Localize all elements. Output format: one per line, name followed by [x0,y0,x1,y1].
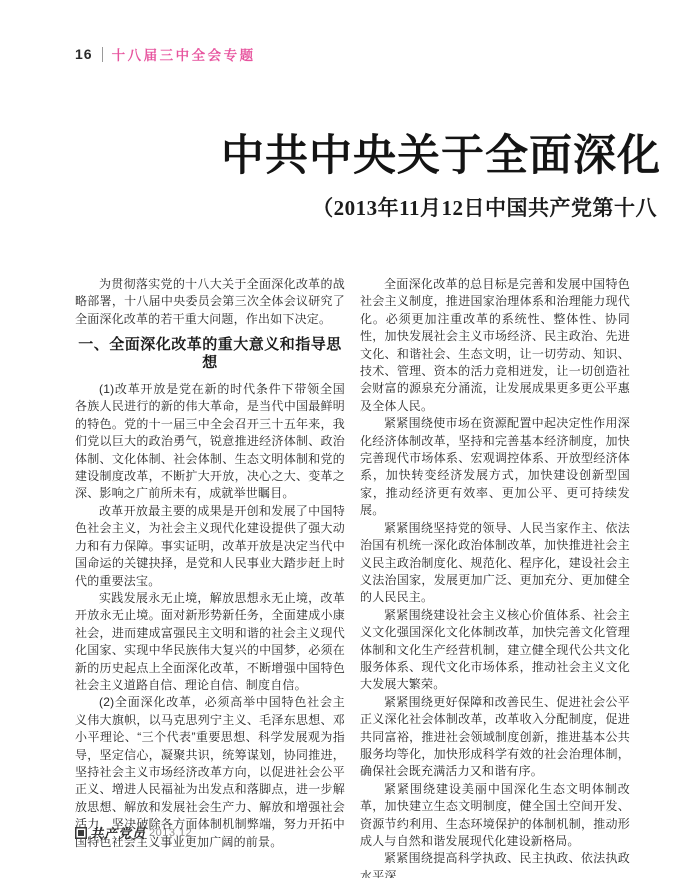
magazine-name: 共产党员 [90,823,146,842]
paragraph: 紧紧围绕建设社会主义核心价值体系、社会主义文化强国深化文化体制改革，加快完善文化… [360,607,630,694]
paragraph: 紧紧围绕提高科学执政、民主执政、依法执政水平深 [360,850,630,878]
paragraph: 紧紧围绕建设美丽中国深化生态文明体制改革，加快建立生态文明制度，健全国土空间开发… [360,781,630,851]
topic-label: 十八届三中全会专题 [112,44,256,64]
body-columns: 为贯彻落实党的十八大关于全面深化改革的战略部署，十八届中央委员会第三次全体会议研… [75,276,630,878]
title-block: 中共中央关于全面深化 （2013年11月12日中国共产党第十八 [0,132,661,222]
document-subtitle: （2013年11月12日中国共产党第十八 [0,192,657,222]
page-footer: 共产党员 2013.12 [75,823,192,842]
document-title: 中共中央关于全面深化 [0,132,661,181]
page-number: 16 [75,46,93,62]
paragraph: 紧紧围绕坚持党的领导、人民当家作主、依法治国有机统一深化政治体制改革，加快推进社… [360,520,630,607]
left-column: 为贯彻落实党的十八大关于全面深化改革的战略部署，十八届中央委员会第三次全体会议研… [75,276,345,878]
magazine-logo-icon [75,827,87,839]
paragraph: 紧紧围绕使市场在资源配置中起决定性作用深化经济体制改革，坚持和完善基本经济制度，… [360,415,630,519]
paragraph: (1)改革开放是党在新的时代条件下带领全国各族人民进行的新的伟大革命，是当代中国… [75,381,345,503]
issue-number: 2013.12 [149,827,192,839]
section-heading: 一、全面深化改革的重大意义和指导思想 [75,336,345,371]
page-header: 16 十八届三中全会专题 [75,44,256,64]
right-column: 全面深化改革的总目标是完善和发展中国特色社会主义制度，推进国家治理体系和治理能力… [360,276,630,878]
paragraph: 实践发展永无止境，解放思想永无止境，改革开放永无止境。面对新形势新任务，全面建成… [75,590,345,694]
paragraph: 改革开放最主要的成果是开创和发展了中国特色社会主义，为社会主义现代化建设提供了强… [75,503,345,590]
paragraph: 全面深化改革的总目标是完善和发展中国特色社会主义制度，推进国家治理体系和治理能力… [360,276,630,415]
paragraph-intro: 为贯彻落实党的十八大关于全面深化改革的战略部署，十八届中央委员会第三次全体会议研… [75,276,345,328]
header-divider [102,47,103,62]
paragraph: 紧紧围绕更好保障和改善民生、促进社会公平正义深化社会体制改革，改革收入分配制度，… [360,694,630,781]
magazine-page: 16 十八届三中全会专题 中共中央关于全面深化 （2013年11月12日中国共产… [0,0,683,878]
